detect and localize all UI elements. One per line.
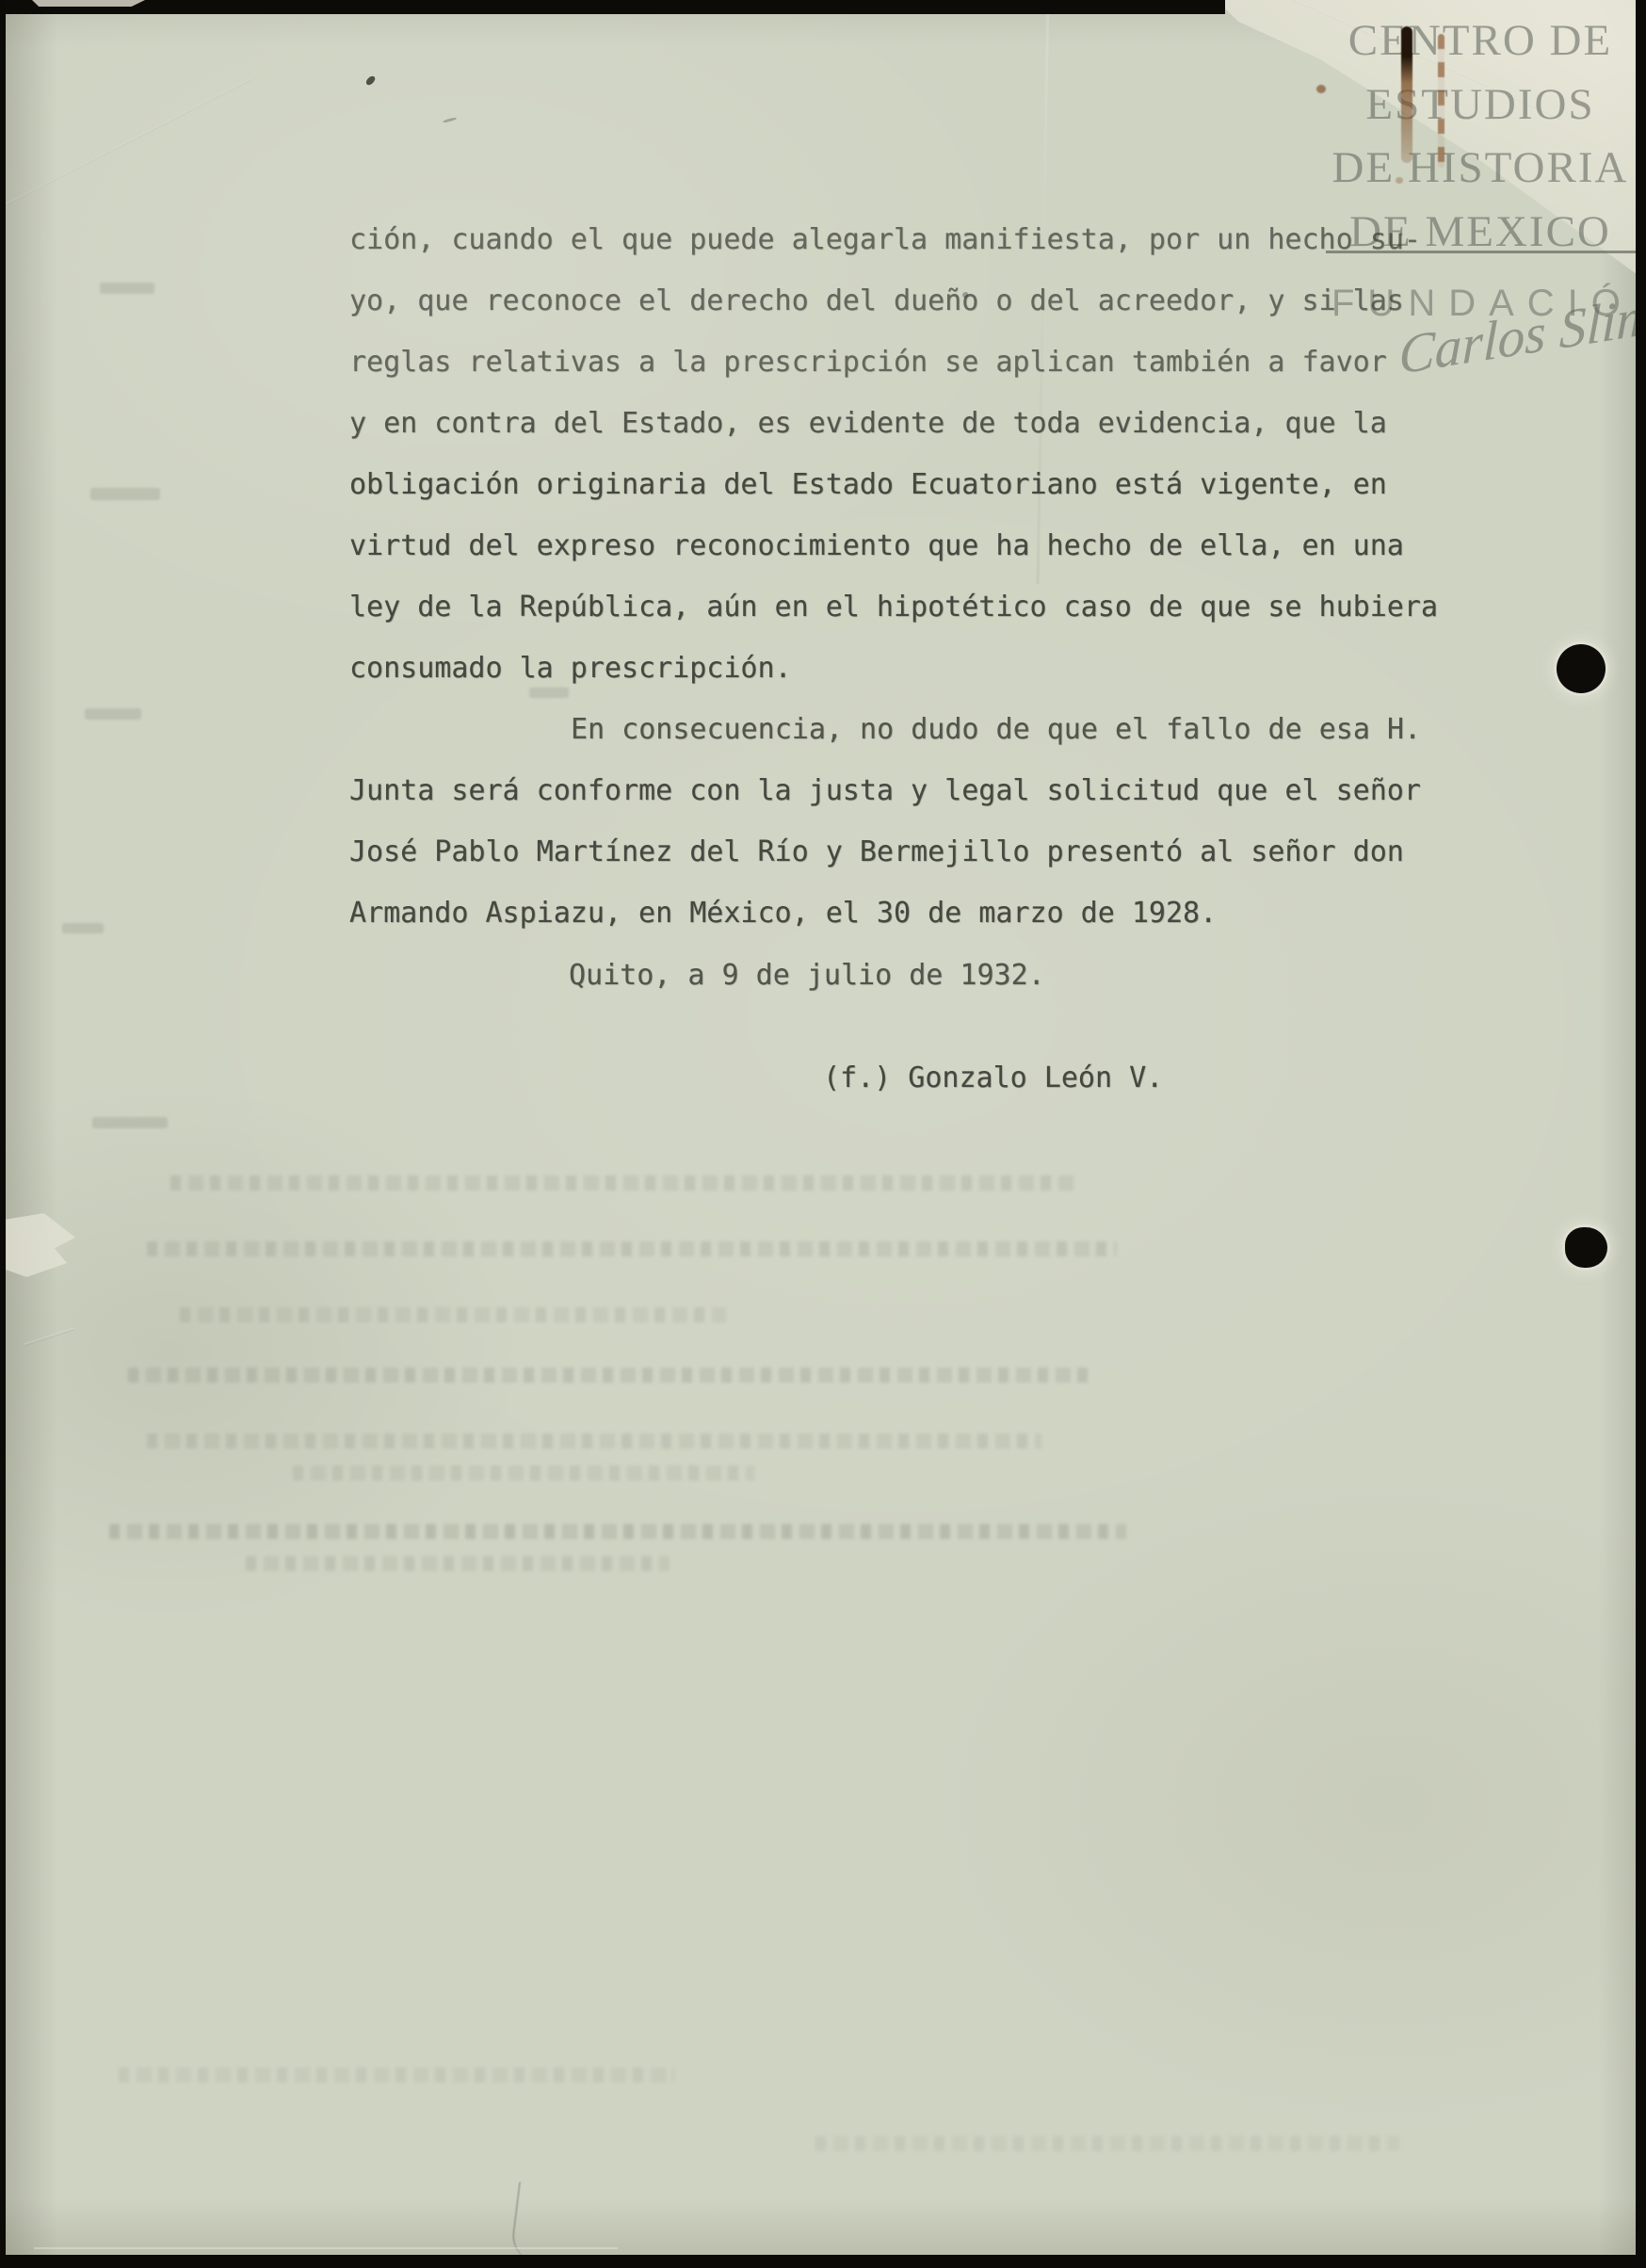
punch-hole: [1557, 644, 1606, 693]
ink-fleck: [364, 74, 376, 87]
bleed-through-line: [147, 1241, 1117, 1256]
typewritten-line: virtud del expreso reconocimiento que ha…: [349, 530, 1404, 562]
rust-stain: [1316, 85, 1326, 93]
ink-fleck: [443, 117, 457, 123]
paper-crease: [6, 77, 254, 207]
typewritten-line: yo, que reconoce el derecho del dueño o …: [349, 285, 1404, 317]
bleed-through-mark: [85, 708, 141, 720]
watermark-line: ESTUDIOS: [1322, 73, 1636, 138]
typewritten-line: Junta será conforme con la justa y legal…: [349, 775, 1421, 807]
watermark-line: CENTRO DE: [1322, 9, 1636, 73]
bleed-through-line: [119, 2067, 674, 2082]
bleed-through-line: [170, 1175, 1074, 1191]
rust-stain: [1396, 177, 1403, 184]
typewritten-line: consumado la prescripción.: [349, 653, 792, 685]
scan-edge-shadow: [6, 0, 1225, 14]
bleed-through-line: [293, 1466, 754, 1481]
typewritten-line: Armando Aspiazu, en México, el 30 de mar…: [349, 898, 1217, 930]
signature-line: (f.) Gonzalo León V.: [823, 1062, 1163, 1094]
bleed-through-line: [128, 1368, 1089, 1383]
paper-edge-highlight: [34, 2247, 618, 2249]
bleed-through-mark: [90, 488, 160, 500]
rust-stain: [1401, 26, 1412, 163]
paper-edge-highlight: [32, 0, 145, 7]
bleed-through-mark: [529, 688, 569, 698]
bleed-through-line: [109, 1524, 1126, 1539]
bleed-through-mark: [100, 283, 154, 294]
typewritten-line: reglas relativas a la prescripción se ap…: [349, 347, 1387, 379]
scanned-page: CENTRO DE ESTUDIOS DE HISTORIA DE MEXICO…: [6, 0, 1636, 2255]
paper-crease: [24, 1327, 74, 1346]
typewritten-line: y en contra del Estado, es evidente de t…: [349, 408, 1387, 440]
edge-tear: [6, 1213, 75, 1277]
bleed-through-mark: [92, 1117, 168, 1128]
bleed-through-line: [147, 1434, 1041, 1449]
punch-hole: [1565, 1227, 1607, 1268]
paper-crease: [509, 2182, 545, 2255]
typewritten-line: ción, cuando el que puede alegarla manif…: [349, 224, 1421, 256]
bleed-through-mark: [62, 923, 104, 933]
typewritten-line: José Pablo Martínez del Río y Bermejillo…: [349, 836, 1404, 868]
bleed-through-line: [180, 1307, 726, 1322]
date-line: Quito, a 9 de julio de 1932.: [569, 960, 1045, 992]
bleed-through-line: [246, 1556, 670, 1571]
bleed-through-line: [815, 2136, 1399, 2151]
watermark-line: DE HISTORIA: [1322, 137, 1636, 201]
rust-stain: [1438, 34, 1444, 168]
typewritten-line: ley de la República, aún en el hipotétic…: [349, 591, 1438, 624]
typewritten-line: obligación originaria del Estado Ecuator…: [349, 469, 1387, 501]
paragraph-indent-line: En consecuencia, no dudo de que el fallo…: [571, 714, 1421, 746]
